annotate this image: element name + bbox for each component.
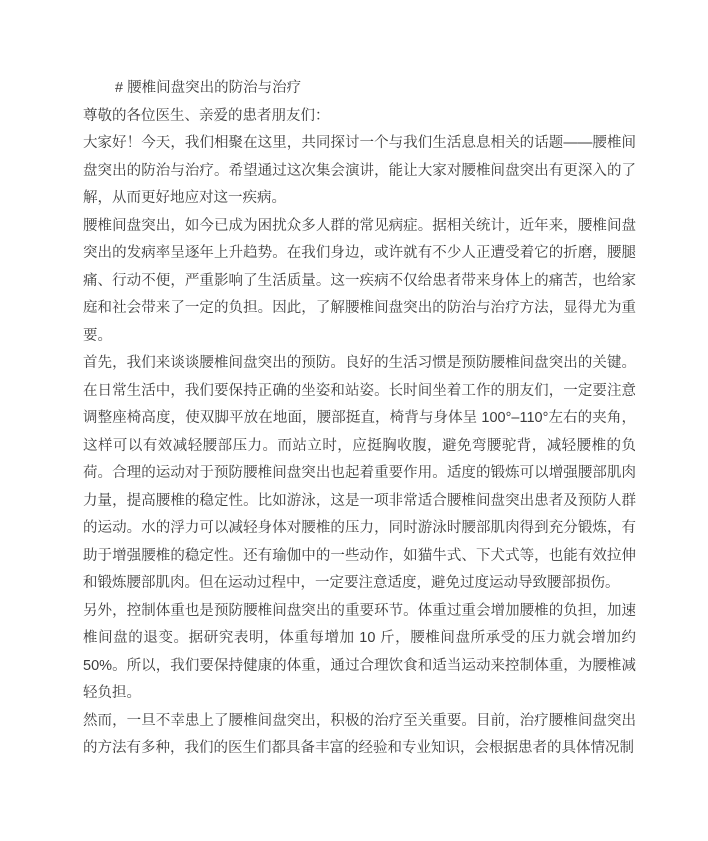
paragraph-greeting-intro: 大家好！今天，我们相聚在这里，共同探讨一个与我们生活息息相关的话题——腰椎间盘突… [83, 130, 636, 213]
document-page: # 腰椎间盘突出的防治与治疗 尊敬的各位医生、亲爱的患者朋友们： 大家好！今天，… [0, 0, 708, 841]
paragraph-salutation: 尊敬的各位医生、亲爱的患者朋友们： [83, 103, 636, 131]
paragraph-prevention: 首先，我们来谈谈腰椎间盘突出的预防。良好的生活习惯是预防腰椎间盘突出的关键。在日… [83, 350, 636, 598]
paragraph-weight-control: 另外，控制体重也是预防腰椎间盘突出的重要环节。体重过重会增加腰椎的负担，加速椎间… [83, 598, 636, 708]
paragraph-treatment: 然而，一旦不幸患上了腰椎间盘突出，积极的治疗至关重要。目前，治疗腰椎间盘突出的方… [83, 708, 636, 763]
document-title: # 腰椎间盘突出的防治与治疗 [83, 75, 636, 103]
paragraph-prevalence: 腰椎间盘突出，如今已成为困扰众多人群的常见病症。据相关统计，近年来，腰椎间盘突出… [83, 213, 636, 351]
